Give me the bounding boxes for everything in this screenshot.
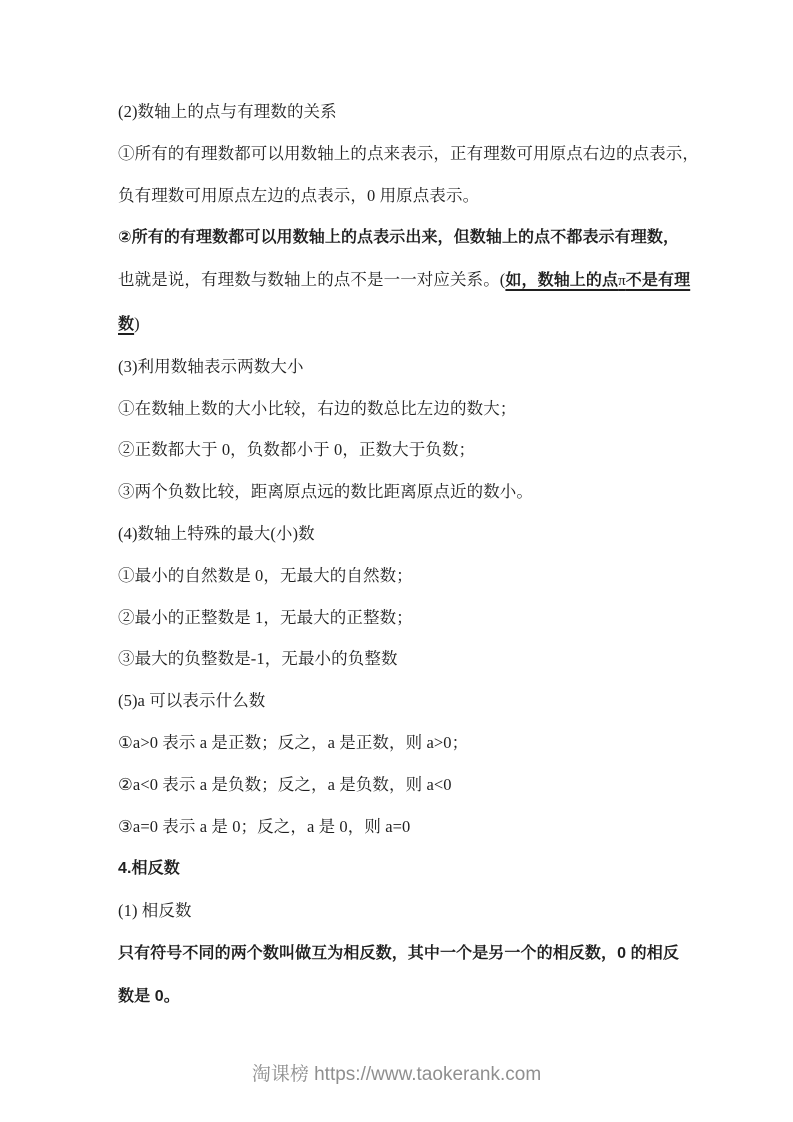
section-4-title: 4.相反数 (118, 847, 678, 890)
opposite-def-b: 数是 0。 (118, 975, 678, 1018)
item-3-point-2: ②正数都大于 0，负数都小于 0，正数大于负数； (118, 429, 678, 471)
opposite-def-a: 只有符号不同的两个数叫做互为相反数，其中一个是另一个的相反数，0 的相反 (118, 932, 678, 975)
item-2-point-2b: 也就是说，有理数与数轴上的点不是一一对应关系。(如，数轴上的点π不是有理 (118, 259, 678, 303)
text-segment: ②a<0 表示 a 是负数；反之，a 是负数，则 a<0 (118, 775, 452, 794)
item-2-point-1a: ①所有的有理数都可以用数轴上的点来表示，正有理数可用原点右边的点表示， (118, 133, 678, 175)
item-5-point-2: ②a<0 表示 a 是负数；反之，a 是负数，则 a<0 (118, 764, 678, 806)
item-5-point-1: ①a>0 表示 a 是正数；反之，a 是正数，则 a>0； (118, 722, 678, 764)
text-segment: ②最小的正整数是 1，无最大的正整数； (118, 608, 413, 627)
item-4-point-2: ②最小的正整数是 1，无最大的正整数； (118, 597, 678, 639)
text-segment: ②正数都大于 0，负数都小于 0，正数大于负数； (118, 440, 475, 459)
item-4-point-1: ①最小的自然数是 0，无最大的自然数； (118, 555, 678, 597)
item-3-point-1: ①在数轴上数的大小比较，右边的数总比左边的数大； (118, 388, 678, 430)
text-segment: ①在数轴上数的大小比较，右边的数总比左边的数大； (118, 399, 516, 418)
document-body: (2)数轴上的点与有理数的关系①所有的有理数都可以用数轴上的点来表示，正有理数可… (118, 91, 678, 1018)
text-segment: (4)数轴上特殊的最大(小)数 (118, 524, 315, 543)
watermark-footer: 淘课榜 https://www.taokerank.com (0, 1062, 793, 1088)
text-segment: π (618, 273, 626, 289)
text-segment: 也就是说，有理数与数轴上的点不是一一对应关系。( (118, 270, 505, 289)
item-2-heading: (2)数轴上的点与有理数的关系 (118, 91, 678, 133)
item-5-heading: (5)a 可以表示什么数 (118, 680, 678, 722)
item-3-heading: (3)利用数轴表示两数大小 (118, 346, 678, 388)
text-segment: ③a=0 表示 a 是 0；反之，a 是 0，则 a=0 (118, 817, 410, 836)
item-2-point-1b: 负有理数可用原点左边的点表示，0 用原点表示。 (118, 175, 678, 217)
item-5-point-3: ③a=0 表示 a 是 0；反之，a 是 0，则 a=0 (118, 806, 678, 848)
text-segment: 如，数轴上的点 (505, 272, 618, 289)
item-3-point-3: ③两个负数比较，距离原点远的数比距离原点近的数小。 (118, 471, 678, 513)
text-segment: (1) 相反数 (118, 901, 192, 920)
text-segment: (2)数轴上的点与有理数的关系 (118, 102, 337, 121)
text-segment: ②所有的有理数都可以用数轴上的点表示出来，但数轴上的点不都表示有理数， (118, 229, 679, 246)
text-segment: (3)利用数轴表示两数大小 (118, 357, 304, 376)
text-segment: 只有符号不同的两个数叫做互为相反数，其中一个是另一个的相反数，0 的相反 (118, 945, 679, 962)
section-4-sub-1: (1) 相反数 (118, 890, 678, 932)
text-segment: (5)a 可以表示什么数 (118, 691, 265, 710)
watermark-text: 淘课榜 https://www.taokerank.com (252, 1064, 541, 1085)
text-segment: ①a>0 表示 a 是正数；反之，a 是正数，则 a>0； (118, 733, 468, 752)
item-2-point-2a: ②所有的有理数都可以用数轴上的点表示出来，但数轴上的点不都表示有理数， (118, 216, 678, 259)
text-segment: ③两个负数比较，距离原点远的数比距离原点近的数小。 (118, 482, 533, 501)
text-segment: 负有理数可用原点左边的点表示，0 用原点表示。 (118, 186, 479, 205)
item-4-point-3: ③最大的负整数是-1，无最小的负整数 (118, 638, 678, 680)
document-page: (2)数轴上的点与有理数的关系①所有的有理数都可以用数轴上的点来表示，正有理数可… (0, 0, 793, 1122)
item-2-point-2c: 数) (118, 303, 678, 346)
item-4-heading: (4)数轴上特殊的最大(小)数 (118, 513, 678, 555)
text-segment: ①所有的有理数都可以用数轴上的点来表示，正有理数可用原点右边的点表示， (118, 144, 699, 163)
text-segment: ①最小的自然数是 0，无最大的自然数； (118, 566, 413, 585)
text-segment: ) (134, 314, 140, 333)
text-segment: 4.相反数 (118, 860, 180, 877)
text-segment: 不是有理 (626, 272, 690, 289)
text-segment: ③最大的负整数是-1，无最小的负整数 (118, 649, 398, 668)
text-segment: 数 (118, 316, 134, 333)
text-segment: 数是 0。 (118, 988, 180, 1005)
